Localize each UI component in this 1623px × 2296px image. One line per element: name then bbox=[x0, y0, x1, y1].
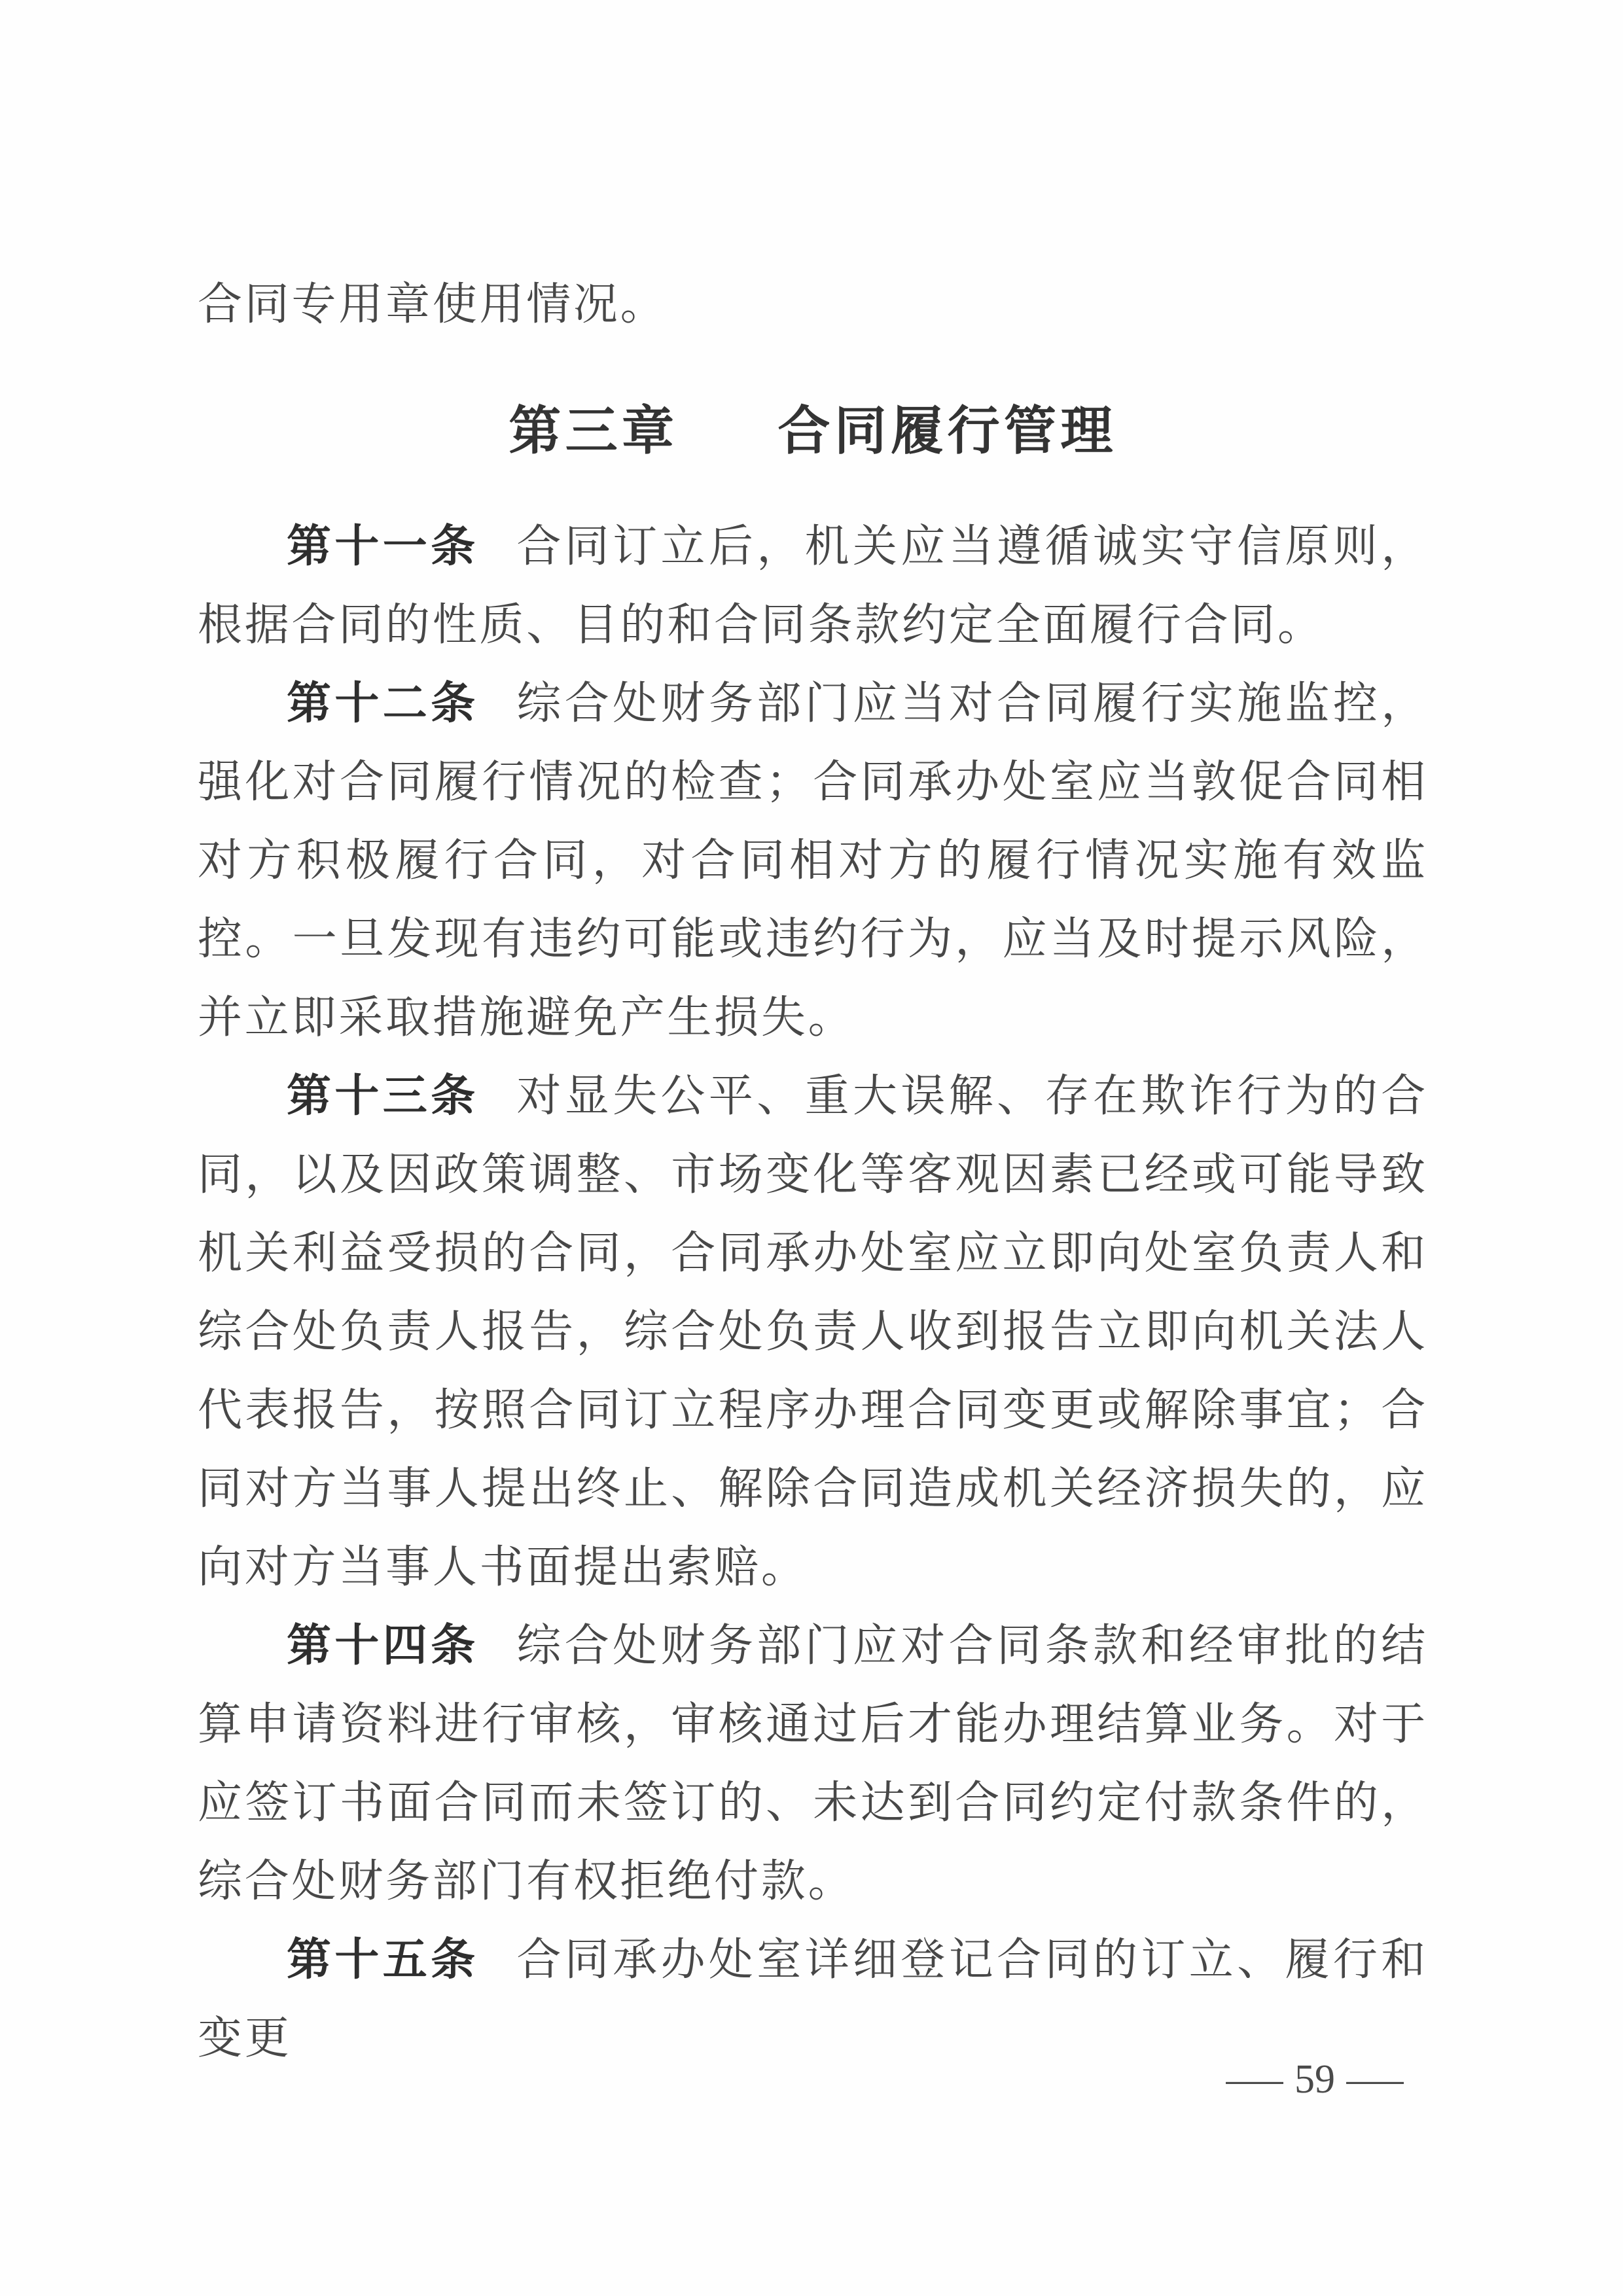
page-number: 59 bbox=[1294, 2040, 1335, 2119]
footer-dash-right: — bbox=[1347, 2040, 1404, 2119]
article-paragraph-12: 第十二条综合处财务部门应当对合同履行实施监控，强化对合同履行情况的检查；合同承办… bbox=[198, 664, 1428, 1057]
page-footer: — 59 — bbox=[1234, 2040, 1395, 2119]
article-paragraph-14: 第十四条综合处财务部门应对合同条款和经审批的结算申请资料进行审核，审核通过后才能… bbox=[198, 1606, 1428, 1920]
article-text: 综合处财务部门应当对合同履行实施监控，强化对合同履行情况的检查；合同承办处室应当… bbox=[198, 679, 1428, 1042]
chapter-number: 第三章 bbox=[508, 403, 678, 461]
article-paragraph-13: 第十三条对显失公平、重大误解、存在欺诈行为的合同，以及因政策调整、市场变化等客观… bbox=[198, 1057, 1428, 1606]
paragraph-continuation: 合同专用章使用情况。 bbox=[198, 265, 1428, 344]
article-paragraph-11: 第十一条合同订立后，机关应当遵循诚实守信原则，根据合同的性质、目的和合同条款约定… bbox=[198, 507, 1428, 664]
article-label: 第十四条 bbox=[287, 1621, 479, 1670]
article-label: 第十五条 bbox=[287, 1935, 479, 1985]
chapter-heading: 第三章合同履行管理 bbox=[198, 383, 1428, 481]
article-label: 第十三条 bbox=[287, 1071, 479, 1121]
footer-dash-left: — bbox=[1226, 2040, 1283, 2119]
page-content: 合同专用章使用情况。 第三章合同履行管理 第十一条合同订立后，机关应当遵循诚实守… bbox=[198, 265, 1428, 2077]
article-label: 第十一条 bbox=[287, 521, 479, 571]
article-label: 第十二条 bbox=[287, 679, 479, 728]
document-page: 合同专用章使用情况。 第三章合同履行管理 第十一条合同订立后，机关应当遵循诚实守… bbox=[0, 0, 1623, 2296]
article-text: 对显失公平、重大误解、存在欺诈行为的合同，以及因政策调整、市场变化等客观因素已经… bbox=[198, 1071, 1428, 1592]
chapter-title: 合同履行管理 bbox=[777, 403, 1116, 461]
